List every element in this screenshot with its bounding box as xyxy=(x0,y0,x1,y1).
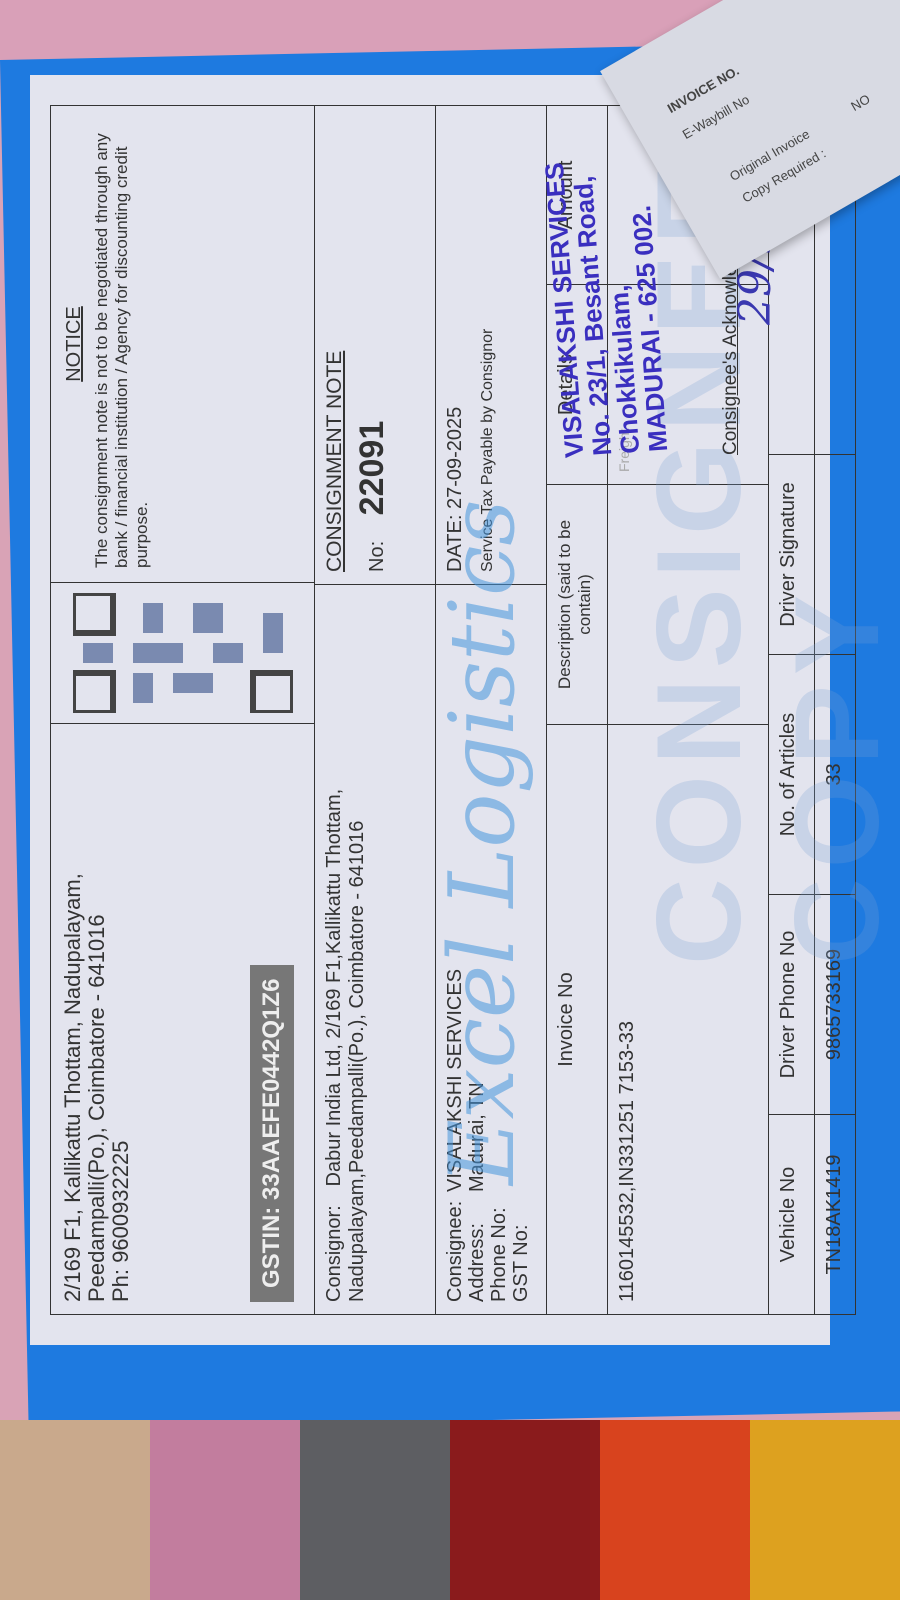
company-header: 2/169 F1, Kallikattu Thottam, Nadupalaya… xyxy=(50,723,315,1315)
notice-title: NOTICE xyxy=(63,120,86,568)
address-label: Address: xyxy=(466,1192,488,1302)
consignment-box: CONSIGNMENT NOTE No: 22091 xyxy=(315,106,435,584)
invoice-header: Invoice No xyxy=(547,724,607,1314)
qr-code xyxy=(50,582,315,723)
consignment-title: CONSIGNMENT NOTE xyxy=(323,118,347,572)
consignment-date: 27-09-2025 xyxy=(444,407,466,509)
company-address: 2/169 F1, Kallikattu Thottam, Nadupalaya… xyxy=(61,873,85,1302)
consignor-label: Consignor: xyxy=(323,1192,346,1302)
consignee-label: Consignee: xyxy=(444,1192,466,1302)
gstin-badge: GSTIN: 33AAEFE0442Q1Z6 xyxy=(250,965,294,1302)
notice-box: NOTICE The consignment note is not to be… xyxy=(50,105,315,582)
phone-label: Phone No: xyxy=(488,1192,510,1302)
consignment-number: 22091 xyxy=(353,421,391,516)
vehicle-label: Vehicle No xyxy=(769,1114,814,1314)
consignee-stamp: VISALAKSHI SERVICESNo. 23/1, Besant Road… xyxy=(540,156,672,459)
gst-label: GST No: xyxy=(510,1192,532,1302)
company-address-2: Peedampalli(Po.), Coimbatore - 641016 xyxy=(85,873,109,1302)
fabric-background xyxy=(0,1420,900,1600)
notice-text: The consignment note is not to be negoti… xyxy=(92,120,152,568)
no-label: No: xyxy=(366,541,388,572)
blue-signature: Excel Logistics xyxy=(430,499,535,1185)
vehicle-number: TN18AK1419 xyxy=(815,1114,855,1314)
description-header: Description (said to be contain) xyxy=(547,484,607,724)
consignment-note: CONSIGNEE COPY 2/169 F1, Kallikattu Thot… xyxy=(30,75,830,1345)
company-phone: Ph: 9600932225 xyxy=(109,873,133,1302)
consignment-note-rotated: CONSIGNEE COPY 2/169 F1, Kallikattu Thot… xyxy=(30,75,830,1345)
